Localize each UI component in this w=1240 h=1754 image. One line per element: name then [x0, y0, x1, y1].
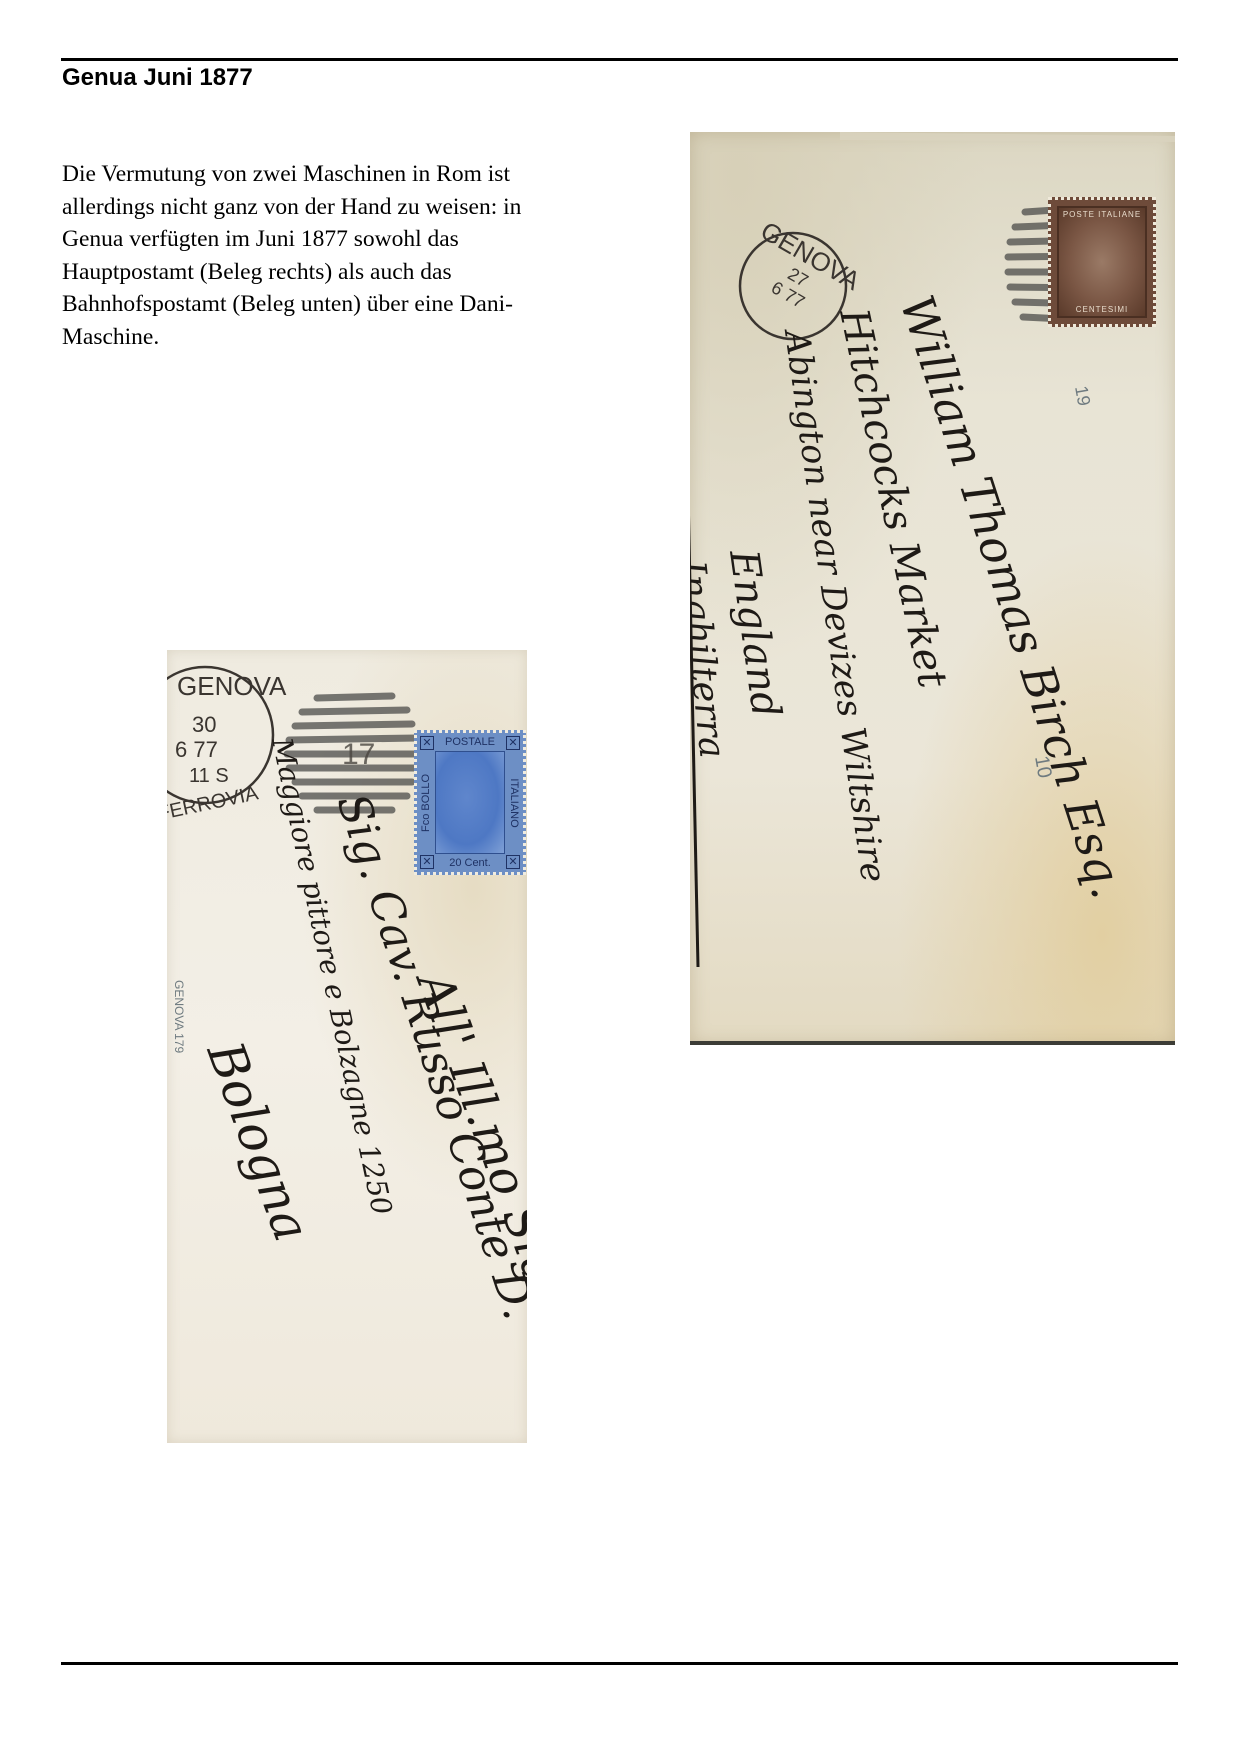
svg-text:FERROVIA: FERROVIA — [167, 782, 261, 825]
bottom-rule — [61, 1662, 1178, 1665]
stamp-brown-centesimi: POSTE ITALIANE CENTESIMI — [1048, 197, 1156, 327]
svg-text:GENOVA 179: GENOVA 179 — [172, 980, 186, 1053]
svg-text:England: England — [720, 546, 789, 720]
svg-text:17: 17 — [342, 738, 375, 771]
svg-text:11 S: 11 S — [189, 765, 229, 787]
svg-text:30: 30 — [192, 712, 216, 737]
cover-bottom: 17 GENOVA 30 6 77 11 S FERROVIA All' Ill… — [167, 650, 527, 1443]
stamp-blue-20-cent: ✕ ✕ ✕ ✕ POSTALE 20 Cent. Fco BOLLO ITALI… — [414, 730, 526, 875]
cover-right: GENOVA 27 6 77 William Thomas Birch Esq.… — [690, 132, 1175, 1045]
svg-text:GENOVA: GENOVA — [177, 671, 287, 701]
svg-text:GENOVA: GENOVA — [756, 215, 866, 296]
page-title: Genua Juni 1877 — [62, 64, 253, 92]
svg-text:10: 10 — [1030, 754, 1056, 780]
svg-text:6 77: 6 77 — [175, 737, 218, 762]
top-rule — [61, 58, 1178, 61]
svg-text:Bologna: Bologna — [195, 1033, 321, 1248]
body-paragraph: Die Vermutung von zwei Maschinen in Rom … — [62, 158, 642, 353]
svg-text:19: 19 — [1071, 384, 1094, 407]
